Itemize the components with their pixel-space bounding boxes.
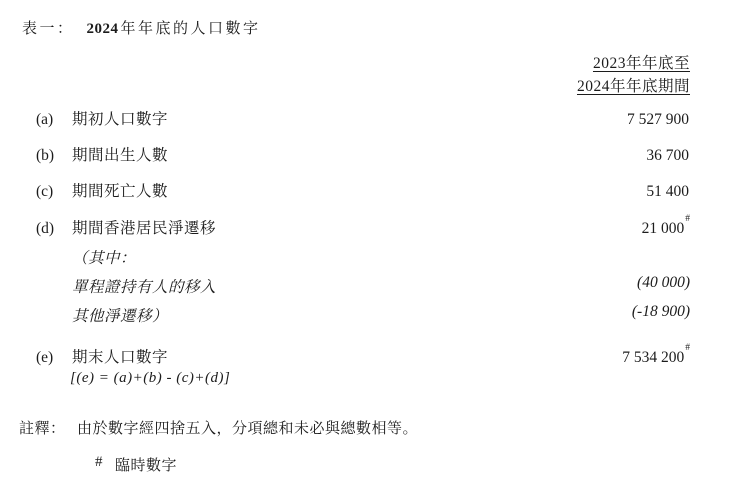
document-page: 表一：2024年年底的人口數字 2023年年底至 2024年年底期間 (a) 期… xyxy=(0,0,734,484)
row-id: (b) xyxy=(36,147,72,165)
table-title-text: 年年底的人口數字 xyxy=(121,21,261,37)
table-title-year: 2024 xyxy=(87,21,119,37)
row-value: 36 700 xyxy=(646,147,690,165)
table-row-d: (d) 期間香港居民淨遷移 21 000# xyxy=(36,216,690,238)
row-label: 期末人口數字 xyxy=(72,345,168,367)
subrow-label: 單程證持有人的移入 xyxy=(72,275,216,297)
row-value: 7 527 900 xyxy=(627,111,690,129)
period-header-line1: 2023年年底至 xyxy=(577,52,690,75)
row-id: (c) xyxy=(36,183,72,201)
provisional-marker: # xyxy=(685,214,690,224)
table-row-b: (b) 期間出生人數 36 700 xyxy=(36,143,690,165)
provisional-marker: # xyxy=(685,343,690,353)
row-value: 21 000# xyxy=(642,220,690,238)
table-title-prefix: 表一： xyxy=(22,21,75,37)
subrow-value: (-18 900) xyxy=(632,303,690,321)
table-title: 表一：2024年年底的人口數字 xyxy=(22,17,261,38)
row-e-formula: [(e) = (a)+(b) - (c)+(d)] xyxy=(70,370,230,387)
period-column-header: 2023年年底至 2024年年底期間 xyxy=(577,52,690,98)
footnote-hash: # 臨時數字 xyxy=(95,454,177,475)
hash-text: 臨時數字 xyxy=(115,454,177,475)
row-value-number: 21 000 xyxy=(642,220,685,237)
row-id: (e) xyxy=(36,349,72,367)
table-row-a: (a) 期初人口數字 7 527 900 xyxy=(36,107,690,129)
subrow-value: (40 000) xyxy=(637,274,690,292)
row-value: 7 534 200# xyxy=(622,349,690,367)
row-value: 51 400 xyxy=(646,183,690,201)
table-subrow-other-net-movement: 其他淨遷移） (-18 900) xyxy=(72,304,690,326)
subrow-label: 其他淨遷移） xyxy=(72,304,168,326)
row-value-number: 7 527 900 xyxy=(627,111,689,128)
row-value-number: 36 700 xyxy=(646,147,689,164)
row-id: (d) xyxy=(36,220,72,238)
row-id: (a) xyxy=(36,111,72,129)
table-row-e: (e) 期末人口數字 7 534 200# xyxy=(36,345,690,367)
row-label: 期間出生人數 xyxy=(72,143,168,165)
table-subrow-one-way-permit: 單程證持有人的移入 (40 000) xyxy=(72,275,690,297)
hash-symbol: # xyxy=(95,454,103,475)
row-label: 期初人口數字 xyxy=(72,107,168,129)
table-row-c: (c) 期間死亡人數 51 400 xyxy=(36,179,690,201)
row-value-number: 7 534 200 xyxy=(622,349,684,366)
row-label: 期間死亡人數 xyxy=(72,179,168,201)
table-subrow-of-which: （其中： xyxy=(72,246,690,268)
row-value-number: 51 400 xyxy=(646,183,689,200)
footnote-remark: 註釋： 由於數字經四捨五入，分項總和未必與總數相等。 xyxy=(19,417,418,438)
subrow-label: （其中： xyxy=(72,246,136,268)
footnote-text: 由於數字經四捨五入，分項總和未必與總數相等。 xyxy=(77,417,418,438)
period-header-line2: 2024年年底期間 xyxy=(577,75,690,98)
row-label: 期間香港居民淨遷移 xyxy=(72,216,216,238)
footnote-label: 註釋： xyxy=(19,417,77,438)
